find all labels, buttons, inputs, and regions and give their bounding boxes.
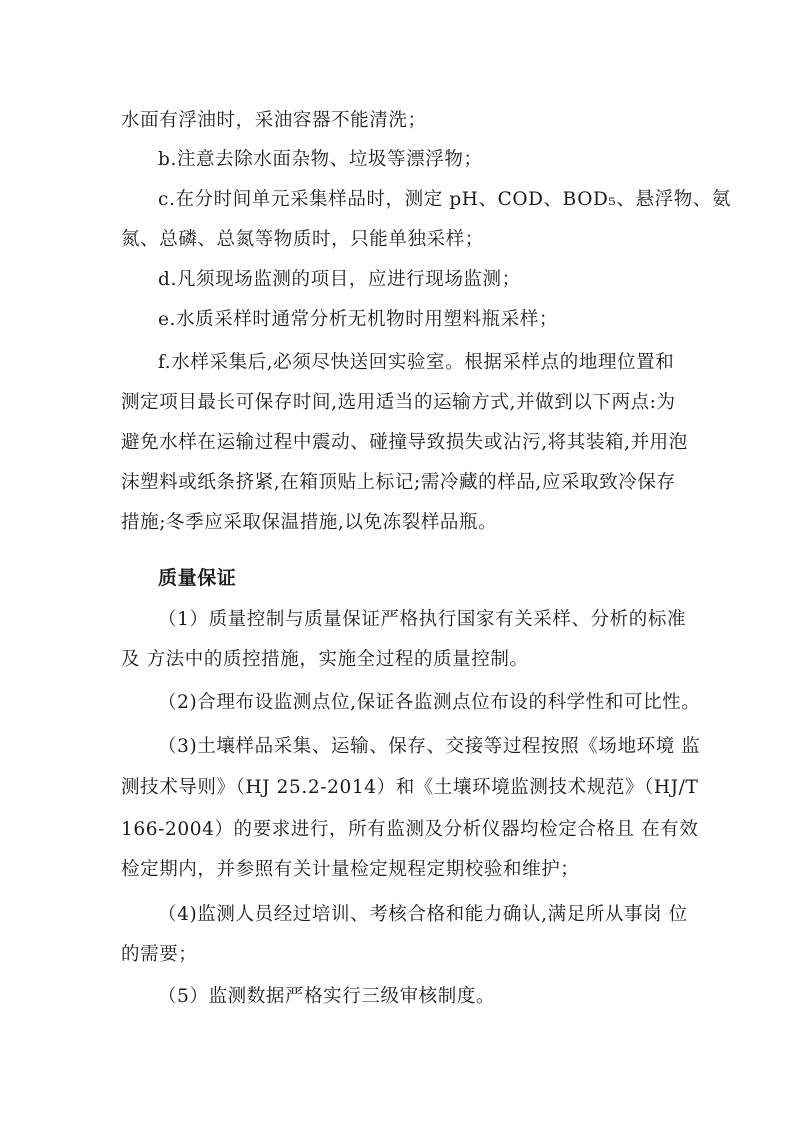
qa-item-3-cont: 166-2004）的要求进行，所有监测及分析仪器均检定合格且 在有效 (121, 818, 686, 842)
document-page: 水面有浮油时，采油容器不能清洗； b.注意去除水面杂物、垃圾等漂浮物； c.在分… (0, 0, 800, 1131)
qa-item-3-cont: 测技术导则》（HJ 25.2-2014）和《土壤环境监测技术规范》（HJ/T (121, 776, 686, 800)
list-item-b: b.注意去除水面杂物、垃圾等漂浮物； (158, 148, 723, 172)
list-item-c: c.在分时间单元采集样品时，测定 pH、COD、BOD₅、悬浮物、氨 (158, 188, 723, 212)
section-title: 质量保证 (158, 566, 723, 590)
list-item-f-cont: 测定项目最长可保存时间,选用适当的运输方式,并做到以下两点:为 (121, 391, 686, 415)
list-item-d: d.凡须现场监测的项目，应进行现场监测； (158, 268, 723, 292)
qa-item-5: （5）监测数据严格实行三级审核制度。 (158, 985, 723, 1009)
qa-item-4-cont: 的需要； (121, 943, 686, 967)
list-item-c-cont: 氮、总磷、总氮等物质时，只能单独采样； (121, 228, 686, 252)
list-item-f-cont: 沫塑料或纸条挤紧,在箱顶贴上标记;需冷藏的样品,应采取致冷保存 (121, 471, 686, 495)
list-item-f-cont: 措施;冬季应采取保温措施,以免冻裂样品瓶。 (121, 511, 686, 535)
list-item-f: f.水样采集后,必须尽快送回实验室。根据采样点的地理位置和 (158, 351, 723, 375)
qa-item-3: （3)土壤样品采集、运输、保存、交接等过程按照《场地环境 监 (158, 735, 723, 759)
qa-item-3-cont: 检定期内，并参照有关计量检定规程定期校验和维护； (121, 858, 686, 882)
qa-item-2: （2)合理布设监测点位,保证各监测点位布设的科学性和可比性。 (158, 691, 723, 715)
list-item-f-cont: 避免水样在运输过程中震动、碰撞导致损失或沾污,将其装箱,并用泡 (121, 431, 686, 455)
qa-item-1: （1）质量控制与质量保证严格执行国家有关采样、分析的标准 (158, 608, 723, 632)
paragraph-line: 水面有浮油时，采油容器不能清洗； (121, 109, 686, 133)
list-item-e: e.水质采样时通常分析无机物时用塑料瓶采样； (158, 308, 723, 332)
qa-item-1-cont: 及 方法中的质控措施，实施全过程的质量控制。 (121, 648, 686, 672)
qa-item-4: （4)监测人员经过培训、考核合格和能力确认,满足所从事岗 位 (158, 903, 723, 927)
